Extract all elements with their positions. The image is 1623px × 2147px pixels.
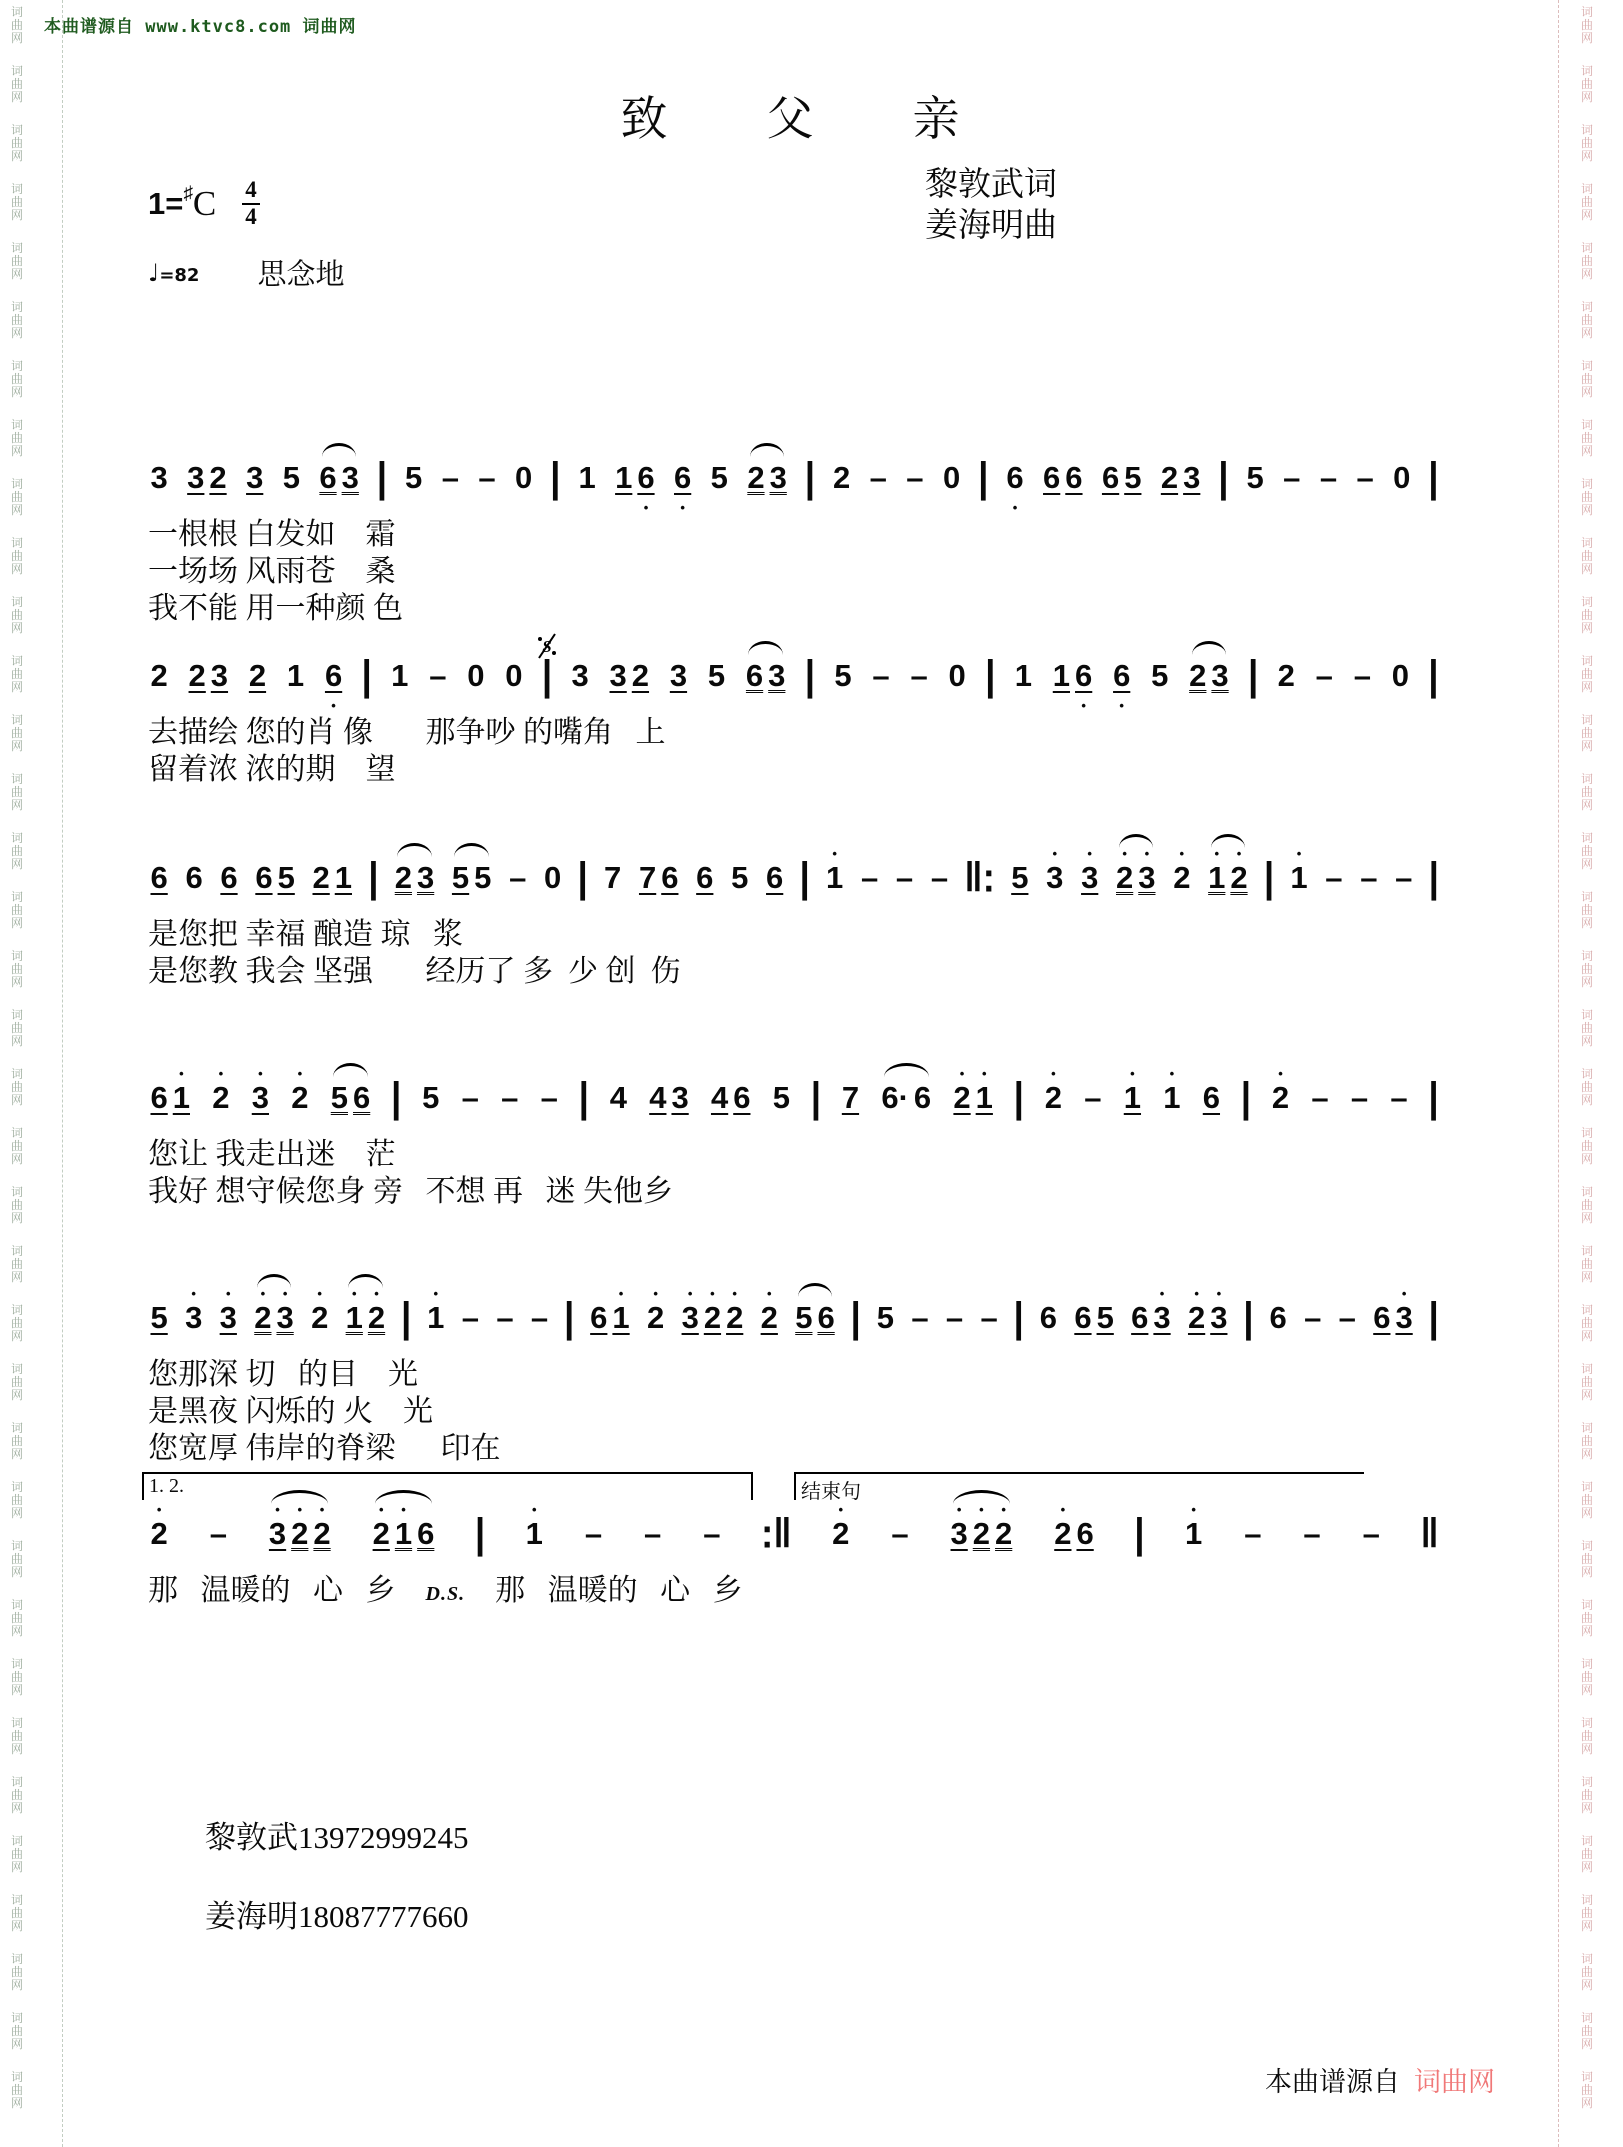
note-group: 3 bbox=[183, 1300, 205, 1336]
lyric-text: 是黑夜 闪烁的 火 光 bbox=[148, 1395, 433, 1428]
lyrics-block: 去描绘 您的肖 像 那争吵 的嘴角 上留着浓 浓的期 望 bbox=[148, 714, 1440, 788]
note: 1 bbox=[610, 1300, 632, 1336]
note: 1 bbox=[613, 460, 635, 496]
lyrics-block: 那 温暖的 心 乡 D.S. 那 温暖的 心 乡 bbox=[148, 1572, 1440, 1609]
note: – bbox=[1388, 1080, 1410, 1116]
lyric-line: 留着浓 浓的期 望 bbox=[148, 751, 1440, 788]
note: 3 bbox=[1079, 860, 1101, 896]
lyric-text: 去描绘 您的肖 像 那争吵 的嘴角 上 bbox=[148, 716, 666, 749]
note: 6 bbox=[731, 1080, 753, 1116]
barline: | bbox=[1428, 1297, 1440, 1339]
note-group: 0 bbox=[503, 658, 525, 694]
barline: | bbox=[376, 457, 388, 499]
note: 7 bbox=[839, 1080, 861, 1116]
barline: | bbox=[1013, 1297, 1025, 1339]
svg-text:S: S bbox=[542, 637, 551, 656]
note-group: 1 bbox=[576, 460, 598, 496]
lyrics-block: 是您把 幸福 酿造 琼 浆是您教 我会 坚强 经历了 多 少 创 伤 bbox=[148, 916, 1440, 990]
note: 6 bbox=[1063, 460, 1085, 496]
lyric-line: 我好 想守候您身 旁 不想 再 迷 失他乡 bbox=[148, 1173, 1440, 1210]
note-group: – bbox=[870, 658, 892, 694]
note: – bbox=[889, 1516, 911, 1552]
note: 2 bbox=[310, 860, 332, 896]
note-group: 0 bbox=[1389, 658, 1411, 694]
note: – bbox=[1336, 1300, 1358, 1336]
note: 6 bbox=[148, 1080, 170, 1116]
lyric-text: 我好 想守候您身 旁 不想 再 迷 失他乡 bbox=[148, 1175, 673, 1208]
note-group: – bbox=[1360, 1516, 1382, 1552]
note: 3 bbox=[208, 658, 230, 694]
note: 1 bbox=[332, 860, 354, 896]
composer-phone: 姜海明18087777660 bbox=[205, 1891, 469, 1936]
note-group: – bbox=[499, 1080, 521, 1116]
note-group: 322 bbox=[679, 1300, 746, 1336]
note-group: 0 bbox=[513, 460, 535, 496]
note-group: 5 bbox=[1244, 460, 1266, 496]
note: 5 bbox=[874, 1300, 896, 1336]
barline-glyph: | bbox=[810, 1074, 822, 1121]
note: 1 bbox=[523, 1516, 545, 1552]
note-group: – bbox=[893, 860, 915, 896]
note-group: 32 bbox=[607, 658, 652, 694]
note-group: 5 bbox=[1009, 860, 1031, 896]
note: 0 bbox=[513, 460, 535, 496]
note: 5 bbox=[832, 658, 854, 694]
note: 2 bbox=[745, 460, 767, 496]
barline-glyph: | bbox=[1428, 1294, 1440, 1341]
note: 6 bbox=[351, 1080, 373, 1116]
barline-glyph: | bbox=[1427, 454, 1439, 501]
note-group: 1 bbox=[389, 658, 411, 694]
lyric-line: 您那深 切 的目 光 bbox=[148, 1356, 1440, 1393]
note: 2 bbox=[1187, 658, 1209, 694]
note: 3 bbox=[1181, 460, 1203, 496]
barline-glyph: | bbox=[1247, 652, 1259, 699]
note: 6 bbox=[815, 1300, 837, 1336]
note: 1 bbox=[1012, 658, 1034, 694]
lyric-line: 一场场 风雨苍 桑 bbox=[148, 553, 1440, 590]
barline: | bbox=[810, 1077, 822, 1119]
note-group: 3 bbox=[1044, 860, 1066, 896]
system-1: 3323563|5––0|1166523|2––0|6666523|5–––0|… bbox=[148, 452, 1440, 627]
note: 2 bbox=[830, 460, 852, 496]
note-group: – bbox=[1082, 1080, 1104, 1116]
note: 2 bbox=[1275, 658, 1297, 694]
note-group: – bbox=[928, 860, 950, 896]
note-group: 2 bbox=[148, 1516, 170, 1552]
slur-note-group: 56 bbox=[328, 1080, 373, 1116]
note-group: 2 bbox=[246, 658, 268, 694]
footer-brand-link[interactable]: 词曲网 bbox=[1414, 2067, 1495, 2097]
note: 2 bbox=[644, 1300, 666, 1336]
note: – bbox=[582, 1516, 604, 1552]
note: 1 bbox=[284, 658, 306, 694]
note: 2 bbox=[701, 1300, 723, 1336]
note-group: 2 bbox=[830, 1516, 852, 1552]
note-group: – bbox=[904, 460, 926, 496]
sheet-music-page: 词曲网词曲网词曲网词曲网词曲网词曲网词曲网词曲网词曲网词曲网词曲网词曲网词曲网词… bbox=[0, 0, 1623, 2147]
note: 2 bbox=[370, 1516, 392, 1552]
note-group: 65 bbox=[1072, 1300, 1117, 1336]
note-group: 0 bbox=[940, 460, 962, 496]
note-group: 2 bbox=[148, 658, 170, 694]
note-group: 2 bbox=[210, 1080, 232, 1116]
note: – bbox=[1348, 1080, 1370, 1116]
note: 6 bbox=[743, 658, 765, 694]
barline-glyph: | bbox=[977, 454, 989, 501]
note: 1 bbox=[1050, 658, 1072, 694]
note-group: 6 bbox=[1111, 658, 1133, 694]
note: 6 bbox=[1072, 1300, 1094, 1336]
note: – bbox=[1360, 1516, 1382, 1552]
note: 5 bbox=[449, 860, 471, 896]
note: – bbox=[494, 1300, 516, 1336]
note: 2 bbox=[309, 1300, 331, 1336]
note: 2 bbox=[1158, 460, 1180, 496]
note: 3 bbox=[414, 860, 436, 896]
note: 5 bbox=[1244, 460, 1266, 496]
note: – bbox=[1313, 658, 1335, 694]
note: 2 bbox=[311, 1516, 333, 1552]
note: 5 bbox=[328, 1080, 350, 1116]
barline: :‖ bbox=[760, 1513, 793, 1555]
note-group: 63 bbox=[1371, 1300, 1416, 1336]
lyric-line: 是您教 我会 坚强 经历了 多 少 创 伤 bbox=[148, 953, 1440, 990]
note-group: 2 bbox=[758, 1300, 780, 1336]
lyric-text: 一根根 白发如 霜 bbox=[148, 518, 396, 551]
barline: | bbox=[549, 457, 561, 499]
note: – bbox=[870, 658, 892, 694]
note: 1 bbox=[1288, 860, 1310, 896]
note: 3 bbox=[185, 460, 207, 496]
note-group: 1 bbox=[824, 860, 846, 896]
note: 6 bbox=[1074, 1516, 1096, 1552]
note-group: 21 bbox=[951, 1080, 996, 1116]
lyrics-block: 一根根 白发如 霜一场场 风雨苍 桑我不能 用一种颜 色 bbox=[148, 516, 1440, 627]
note: – bbox=[439, 460, 461, 496]
note: 5 bbox=[729, 860, 751, 896]
note-group: 0 bbox=[1391, 460, 1413, 496]
note: – bbox=[1302, 1300, 1324, 1336]
note-group: 63 bbox=[1129, 1300, 1174, 1336]
slur-note-group: 322 bbox=[948, 1516, 1015, 1552]
barline: | bbox=[804, 457, 816, 499]
lyric-text: 那 温暖的 心 乡 bbox=[465, 1574, 743, 1607]
note: 2 bbox=[1052, 1516, 1074, 1552]
note: – bbox=[928, 860, 950, 896]
note-group: 61 bbox=[148, 1080, 193, 1116]
note: 2 bbox=[1185, 1300, 1207, 1336]
note: 6 bbox=[1041, 460, 1063, 496]
barline: | bbox=[1247, 655, 1259, 697]
note: 4 bbox=[647, 1080, 669, 1116]
note-group: 2 bbox=[1275, 658, 1297, 694]
barline: | bbox=[1240, 1077, 1252, 1119]
note-group: 0 bbox=[946, 658, 968, 694]
note: 6 bbox=[694, 860, 716, 896]
note-group: 3 bbox=[217, 1300, 239, 1336]
slur-note-group: 55 bbox=[449, 860, 494, 896]
note-group: 1 bbox=[1121, 1080, 1143, 1116]
note-group: 5 bbox=[420, 1080, 442, 1116]
note-group: – bbox=[507, 860, 529, 896]
lyric-text: 那 温暖的 心 乡 bbox=[148, 1574, 426, 1607]
note: 3 bbox=[217, 1300, 239, 1336]
note-group: 6 bbox=[1200, 1080, 1222, 1116]
system-3: 6666521|2355–0|776656|1–––‖:53323212|1––… bbox=[148, 852, 1440, 990]
lyric-text: 一场场 风雨苍 桑 bbox=[148, 555, 396, 588]
note: – bbox=[978, 1300, 1000, 1336]
footer-attribution: 本曲谱源自词曲网 bbox=[1265, 2060, 1495, 2099]
note: 2 bbox=[1171, 860, 1193, 896]
barline: | bbox=[367, 857, 379, 899]
note-group: – bbox=[1336, 1300, 1358, 1336]
barline: | bbox=[1133, 1513, 1145, 1555]
ds-mark: D.S. bbox=[426, 1583, 466, 1605]
barline-glyph: | bbox=[576, 854, 588, 901]
note: – bbox=[642, 1516, 664, 1552]
slur-note-group: 12 bbox=[1206, 860, 1251, 896]
note: 2 bbox=[246, 658, 268, 694]
barline-glyph: | bbox=[549, 454, 561, 501]
note: 4 bbox=[607, 1080, 629, 1116]
note: 0 bbox=[1389, 658, 1411, 694]
note: 3 bbox=[607, 658, 629, 694]
note: 3 bbox=[1208, 1300, 1230, 1336]
barline-glyph: | bbox=[1427, 1074, 1439, 1121]
note: – bbox=[499, 1080, 521, 1116]
note: – bbox=[1393, 860, 1415, 896]
note: 2 bbox=[993, 1516, 1015, 1552]
barline-glyph: ‖ bbox=[1419, 1510, 1439, 1557]
note-group: 5 bbox=[280, 460, 302, 496]
segno-icon: S bbox=[536, 631, 558, 661]
note-group: – bbox=[1323, 860, 1345, 896]
note: – bbox=[904, 460, 926, 496]
note: 3 bbox=[766, 658, 788, 694]
note-group: 3 bbox=[148, 460, 170, 496]
note-group: 3 bbox=[249, 1080, 271, 1116]
note: 2 bbox=[758, 1300, 780, 1336]
barline-glyph: | bbox=[804, 454, 816, 501]
lyric-line: 是您把 幸福 酿造 琼 浆 bbox=[148, 916, 1440, 953]
lyrics-block: 您那深 切 的目 光是黑夜 闪烁的 火 光您宽厚 伟岸的脊梁 印在 bbox=[148, 1356, 1440, 1467]
note-group: 5 bbox=[874, 1300, 896, 1336]
lyric-text: 是您教 我会 坚强 经历了 多 少 创 伤 bbox=[148, 955, 681, 988]
note-group: 5 bbox=[729, 860, 751, 896]
note: 6 bbox=[1267, 1300, 1289, 1336]
note: – bbox=[507, 860, 529, 896]
note-group: – bbox=[1301, 1516, 1323, 1552]
note: 2 bbox=[724, 1300, 746, 1336]
note: 1 bbox=[1206, 860, 1228, 896]
barline-glyph: | bbox=[1013, 1294, 1025, 1341]
system-4: 6123256|5–––|443465|76·621|2–116|2–––|您让… bbox=[148, 1072, 1440, 1210]
note: 1 bbox=[389, 658, 411, 694]
note: 2 bbox=[1042, 1080, 1064, 1116]
note-group: 2 bbox=[830, 460, 852, 496]
barline-glyph: | bbox=[1242, 1294, 1254, 1341]
note-group: 1 bbox=[523, 1516, 545, 1552]
note-group: 2 bbox=[1042, 1080, 1064, 1116]
note: 6 bbox=[588, 1300, 610, 1336]
note-group: 5 bbox=[832, 658, 854, 694]
note-group: 6 bbox=[764, 860, 786, 896]
note: – bbox=[909, 1300, 931, 1336]
note: 6 bbox=[183, 860, 205, 896]
barline: | bbox=[390, 1077, 402, 1119]
note-group: 6 bbox=[1004, 460, 1026, 496]
note: 3 bbox=[948, 1516, 970, 1552]
note: 6 bbox=[148, 860, 170, 896]
barline: | bbox=[1428, 857, 1440, 899]
note-group: – bbox=[1242, 1516, 1264, 1552]
note: – bbox=[207, 1516, 229, 1552]
note: 2 bbox=[970, 1516, 992, 1552]
note-group: 6 bbox=[218, 860, 240, 896]
volta-bracket-1: 1. 2. bbox=[142, 1472, 753, 1500]
note: 1 bbox=[392, 1516, 414, 1552]
note-group: 1 bbox=[1012, 658, 1034, 694]
lyric-line: 您宽厚 伟岸的脊梁 印在 bbox=[148, 1430, 1440, 1467]
note-group: 26 bbox=[1052, 1516, 1097, 1552]
note-group: 5 bbox=[1149, 658, 1171, 694]
note: – bbox=[908, 658, 930, 694]
note: 6 bbox=[322, 658, 344, 694]
barline: | bbox=[1427, 655, 1439, 697]
barline: | bbox=[850, 1297, 862, 1339]
note-group: 7 bbox=[602, 860, 624, 896]
note: 7 bbox=[636, 860, 658, 896]
note: 6 bbox=[1371, 1300, 1393, 1336]
note-group: 4 bbox=[607, 1080, 629, 1116]
barline: | bbox=[977, 457, 989, 499]
barline: | bbox=[1217, 457, 1229, 499]
barline: | bbox=[563, 1297, 575, 1339]
note: 6 bbox=[1037, 1300, 1059, 1336]
barline: | bbox=[984, 655, 996, 697]
lyric-text: 您那深 切 的目 光 bbox=[148, 1358, 418, 1391]
note: – bbox=[943, 1300, 965, 1336]
footer-prefix: 本曲谱源自 bbox=[1265, 2067, 1400, 2097]
barline: | bbox=[576, 857, 588, 899]
note: – bbox=[459, 1080, 481, 1116]
note-group: 65 bbox=[253, 860, 298, 896]
note: 2 bbox=[210, 1080, 232, 1116]
note-group: – bbox=[1393, 860, 1415, 896]
barline-glyph: | bbox=[1240, 1074, 1252, 1121]
note: – bbox=[1242, 1516, 1264, 1552]
note-group: – bbox=[459, 1080, 481, 1116]
note: – bbox=[1301, 1516, 1323, 1552]
note: 1 bbox=[1121, 1080, 1143, 1116]
note: 1 bbox=[1183, 1516, 1205, 1552]
barline-glyph: | bbox=[1263, 854, 1275, 901]
barline: | bbox=[1427, 457, 1439, 499]
barline: | bbox=[400, 1297, 412, 1339]
notation-line: 53323212|1–––|612322256|5–––|6656323|6––… bbox=[148, 1292, 1440, 1344]
note-group: – bbox=[494, 1300, 516, 1336]
note-group: – bbox=[1354, 460, 1376, 496]
note: 2 bbox=[629, 658, 651, 694]
volta-bracket-2: 结束句 bbox=[794, 1472, 1364, 1500]
note: 6 bbox=[635, 460, 657, 496]
barline-glyph: | bbox=[578, 1074, 590, 1121]
note: 5 bbox=[1122, 460, 1144, 496]
lyric-text: 我不能 用一种颜 色 bbox=[148, 592, 403, 625]
note: 3 bbox=[569, 658, 591, 694]
slur-note-group: 6·6 bbox=[879, 1080, 934, 1116]
note: 3 bbox=[274, 1300, 296, 1336]
barline-glyph: | bbox=[1428, 854, 1440, 901]
barline-glyph: | bbox=[1427, 652, 1439, 699]
note: – bbox=[1317, 460, 1339, 496]
note: – bbox=[893, 860, 915, 896]
note: 5 bbox=[420, 1080, 442, 1116]
lyric-line: 我不能 用一种颜 色 bbox=[148, 590, 1440, 627]
note-group: 3 bbox=[667, 658, 689, 694]
note-group: 23 bbox=[186, 658, 231, 694]
barline-glyph: | bbox=[984, 652, 996, 699]
note: 5 bbox=[148, 1300, 170, 1336]
note-group: 43 bbox=[647, 1080, 692, 1116]
note: – bbox=[427, 658, 449, 694]
note: – bbox=[1281, 460, 1303, 496]
slur-note-group: 216 bbox=[370, 1516, 437, 1552]
note-group: 6 bbox=[148, 860, 170, 896]
note: 5 bbox=[708, 460, 730, 496]
note-group: 16 bbox=[613, 460, 658, 496]
notation-line: 6666521|2355–0|776656|1–––‖:53323212|1––… bbox=[148, 852, 1440, 904]
barline-glyph: | bbox=[1013, 1074, 1025, 1121]
note: 2 bbox=[289, 1080, 311, 1116]
note: 6 bbox=[415, 1516, 437, 1552]
note: 0 bbox=[503, 658, 525, 694]
note-group: 21 bbox=[310, 860, 355, 896]
note-group: – bbox=[439, 460, 461, 496]
note: – bbox=[1358, 860, 1380, 896]
barline-glyph: | bbox=[1217, 454, 1229, 501]
note-group: 5 bbox=[705, 658, 727, 694]
lyric-line: 那 温暖的 心 乡 D.S. 那 温暖的 心 乡 bbox=[148, 1572, 1440, 1609]
note-group: – bbox=[1309, 1080, 1331, 1116]
lyric-text: 您让 我走出迷 茫 bbox=[148, 1138, 396, 1171]
note: 5 bbox=[280, 460, 302, 496]
note-group: – bbox=[1358, 860, 1380, 896]
note: 5 bbox=[705, 658, 727, 694]
notation-line: 223216|1–00|S3323563|5––0|1166523|2––0| bbox=[148, 650, 1440, 702]
note: 7 bbox=[602, 860, 624, 896]
barline-glyph: ‖: bbox=[963, 854, 996, 901]
note: 6 bbox=[911, 1080, 933, 1116]
barline-glyph: :‖ bbox=[760, 1510, 793, 1557]
barline: | bbox=[804, 655, 816, 697]
note: 2 bbox=[1228, 860, 1250, 896]
notation-line: 3323563|5––0|1166523|2––0|6666523|5–––0| bbox=[148, 452, 1440, 504]
note-group: 3 bbox=[569, 658, 591, 694]
note-group: – bbox=[1348, 1080, 1370, 1116]
note: 2 bbox=[951, 1080, 973, 1116]
barline-glyph: | bbox=[850, 1294, 862, 1341]
note: 3 bbox=[1151, 1300, 1173, 1336]
note-group: 1 bbox=[1161, 1080, 1183, 1116]
note: 0 bbox=[465, 658, 487, 694]
note: 2 bbox=[830, 1516, 852, 1552]
lyric-text: 留着浓 浓的期 望 bbox=[148, 753, 396, 786]
note: – bbox=[1323, 860, 1345, 896]
note: 5 bbox=[1149, 658, 1171, 694]
barline-glyph: | bbox=[390, 1074, 402, 1121]
